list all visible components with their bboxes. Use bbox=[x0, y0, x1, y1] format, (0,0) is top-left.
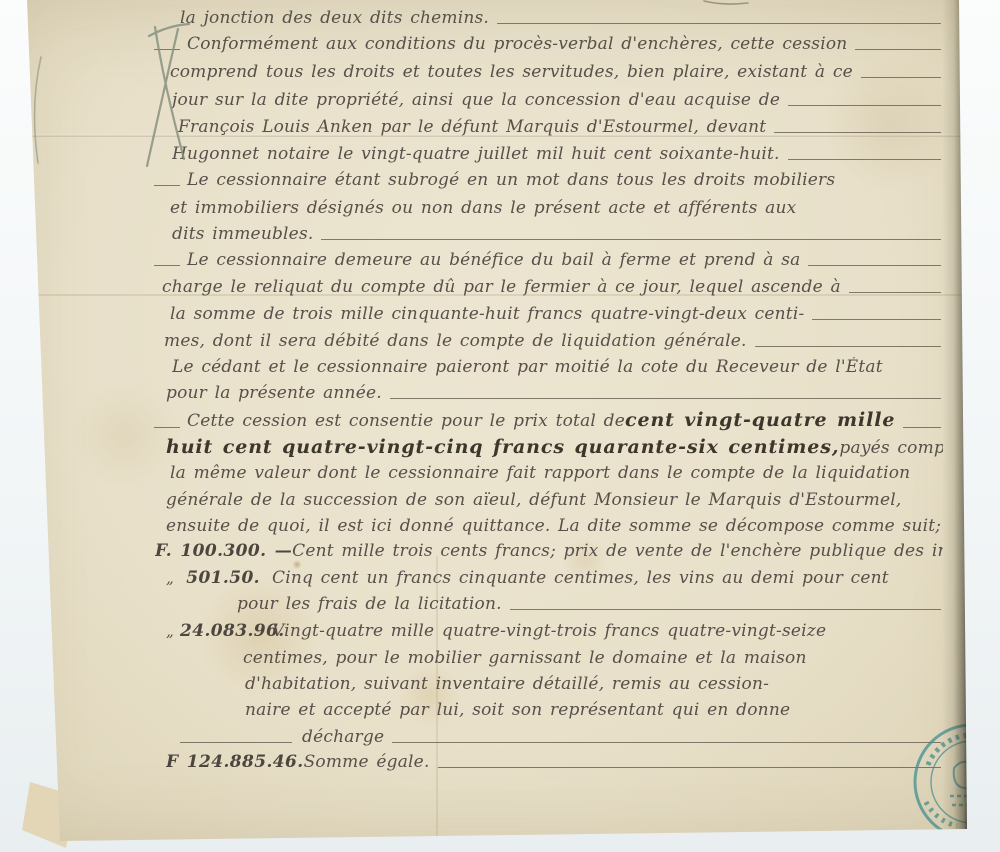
line-text: mes, dont il sera débité dans le compte … bbox=[164, 331, 747, 352]
manuscript-line: la jonction des deux dits chemins. bbox=[180, 8, 943, 29]
ditto-mark: „ bbox=[166, 569, 180, 588]
manuscript-line: Le cessionnaire demeure au bénéfice du b… bbox=[154, 250, 943, 271]
fill-rule bbox=[788, 159, 941, 160]
manuscript-line: „24.083.96.Vingt-quatre mille quatre-vin… bbox=[166, 621, 943, 642]
fill-rule bbox=[774, 132, 941, 133]
line-text: F. 100.300. — bbox=[155, 541, 292, 562]
manuscript-line: Le cédant et le cessionnaire paieront pa… bbox=[172, 357, 943, 378]
line-text: et immobiliers désignés ou non dans le p… bbox=[170, 198, 796, 219]
line-text: huit cent quatre-vingt-cinq francs quara… bbox=[166, 436, 839, 460]
manuscript-line: générale de la succession de son aïeul, … bbox=[166, 490, 943, 511]
line-text: générale de la succession de son aïeul, … bbox=[166, 490, 901, 511]
ditto-mark: „ bbox=[166, 622, 180, 641]
scanned-document: la jonction des deux dits chemins.Confor… bbox=[0, 0, 1000, 852]
sum-rule bbox=[180, 742, 292, 743]
line-text: F 124.885.46. bbox=[166, 752, 304, 773]
paragraph-dash bbox=[154, 427, 180, 428]
manuscript-line: huit cent quatre-vingt-cinq francs quara… bbox=[166, 436, 943, 460]
line-text: Le cédant et le cessionnaire paieront pa… bbox=[172, 357, 883, 378]
amount-value: 501.50. bbox=[180, 568, 260, 589]
manuscript-line: naire et accepté par lui, soit son repré… bbox=[245, 700, 943, 721]
fill-rule bbox=[788, 105, 941, 106]
fill-rule bbox=[510, 609, 941, 610]
manuscript-line: Le cessionnaire étant subrogé en un mot … bbox=[154, 170, 943, 191]
manuscript-line: jour sur la dite propriété, ainsi que la… bbox=[172, 90, 943, 111]
line-text: ensuite de quoi, il est ici donné quitta… bbox=[166, 516, 941, 537]
manuscript-line: Hugonnet notaire le vingt-quatre juillet… bbox=[172, 144, 943, 165]
line-text: pour les frais de la licitation. bbox=[237, 594, 502, 615]
paragraph-dash bbox=[154, 185, 180, 186]
line-text: la jonction des deux dits chemins. bbox=[180, 8, 489, 29]
line-text: Cette cession est consentie pour le prix… bbox=[187, 411, 625, 432]
manuscript-line: mes, dont il sera débité dans le compte … bbox=[164, 331, 943, 352]
line-text: Conformément aux conditions du procès-ve… bbox=[187, 34, 847, 55]
paragraph-dash bbox=[154, 49, 180, 50]
fill-rule bbox=[812, 319, 941, 320]
manuscript-line: F. 100.300. — Cent mille trois cents fra… bbox=[155, 541, 943, 562]
document-page: la jonction des deux dits chemins.Confor… bbox=[0, 0, 1000, 852]
manuscript-line: dits immeubles. bbox=[172, 224, 943, 245]
fill-rule bbox=[438, 767, 941, 768]
line-text: dits immeubles. bbox=[172, 224, 313, 245]
line-text: payés comptant par bbox=[839, 438, 943, 459]
line-text: d'habitation, suivant inventaire détaill… bbox=[245, 674, 769, 695]
line-text: jour sur la dite propriété, ainsi que la… bbox=[172, 90, 780, 111]
line-text: Hugonnet notaire le vingt-quatre juillet… bbox=[172, 144, 780, 165]
line-text: pour la présente année. bbox=[166, 383, 382, 404]
manuscript-line: la somme de trois mille cinquante-huit f… bbox=[170, 304, 943, 325]
manuscript-line: pour la présente année. bbox=[166, 383, 943, 404]
fill-rule bbox=[903, 427, 941, 428]
line-text: décharge bbox=[302, 727, 384, 748]
fill-rule bbox=[861, 77, 941, 78]
fill-rule bbox=[392, 742, 941, 743]
manuscript-line: François Louis Anken par le défunt Marqu… bbox=[178, 117, 943, 138]
manuscript-line: pour les frais de la licitation. bbox=[237, 594, 943, 615]
fill-rule bbox=[855, 49, 941, 50]
line-text: charge le reliquat du compte dû par le f… bbox=[162, 277, 841, 298]
line-text: cent vingt-quatre mille bbox=[625, 409, 895, 433]
fill-rule bbox=[321, 239, 941, 240]
line-text: Cinq cent un francs cinquante centimes, … bbox=[272, 568, 889, 589]
paper-stain bbox=[70, 380, 180, 490]
line-text: Cent mille trois cents francs; prix de v… bbox=[292, 541, 943, 562]
fill-rule bbox=[390, 398, 941, 399]
fill-rule bbox=[808, 265, 941, 266]
line-text: centimes, pour le mobilier garnissant le… bbox=[243, 648, 807, 669]
manuscript-line: et immobiliers désignés ou non dans le p… bbox=[170, 198, 943, 219]
line-text: Vingt-quatre mille quatre-vingt-trois fr… bbox=[272, 621, 826, 642]
fill-rule bbox=[755, 346, 941, 347]
manuscript-line: centimes, pour le mobilier garnissant le… bbox=[243, 648, 943, 669]
line-text: François Louis Anken par le défunt Marqu… bbox=[178, 117, 766, 138]
manuscript-line: comprend tous les droits et toutes les s… bbox=[170, 62, 943, 83]
manuscript-line: ensuite de quoi, il est ici donné quitta… bbox=[166, 516, 943, 537]
line-text: comprend tous les droits et toutes les s… bbox=[170, 62, 853, 83]
paragraph-dash bbox=[154, 265, 180, 266]
manuscript-line: décharge bbox=[180, 727, 943, 748]
manuscript-line: Conformément aux conditions du procès-ve… bbox=[154, 34, 943, 55]
manuscript-line: charge le reliquat du compte dû par le f… bbox=[162, 277, 943, 298]
manuscript-line: F 124.885.46. Somme égale. bbox=[166, 752, 943, 773]
line-text: Somme égale. bbox=[304, 752, 430, 773]
line-text: Le cessionnaire demeure au bénéfice du b… bbox=[187, 250, 800, 271]
line-text: Le cessionnaire étant subrogé en un mot … bbox=[187, 170, 835, 191]
manuscript-line: „501.50.Cinq cent un francs cinquante ce… bbox=[166, 568, 943, 589]
page-edge-shadow bbox=[942, 0, 968, 852]
manuscript-line: la même valeur dont le cessionnaire fait… bbox=[170, 463, 943, 484]
fill-rule bbox=[849, 292, 941, 293]
line-text: la même valeur dont le cessionnaire fait… bbox=[170, 463, 910, 484]
line-text: la somme de trois mille cinquante-huit f… bbox=[170, 304, 804, 325]
line-text: naire et accepté par lui, soit son repré… bbox=[245, 700, 790, 721]
amount-value: 24.083.96. bbox=[180, 621, 260, 642]
manuscript-line: d'habitation, suivant inventaire détaill… bbox=[245, 674, 943, 695]
fill-rule bbox=[497, 23, 941, 24]
manuscript-line: Cette cession est consentie pour le prix… bbox=[154, 409, 943, 433]
